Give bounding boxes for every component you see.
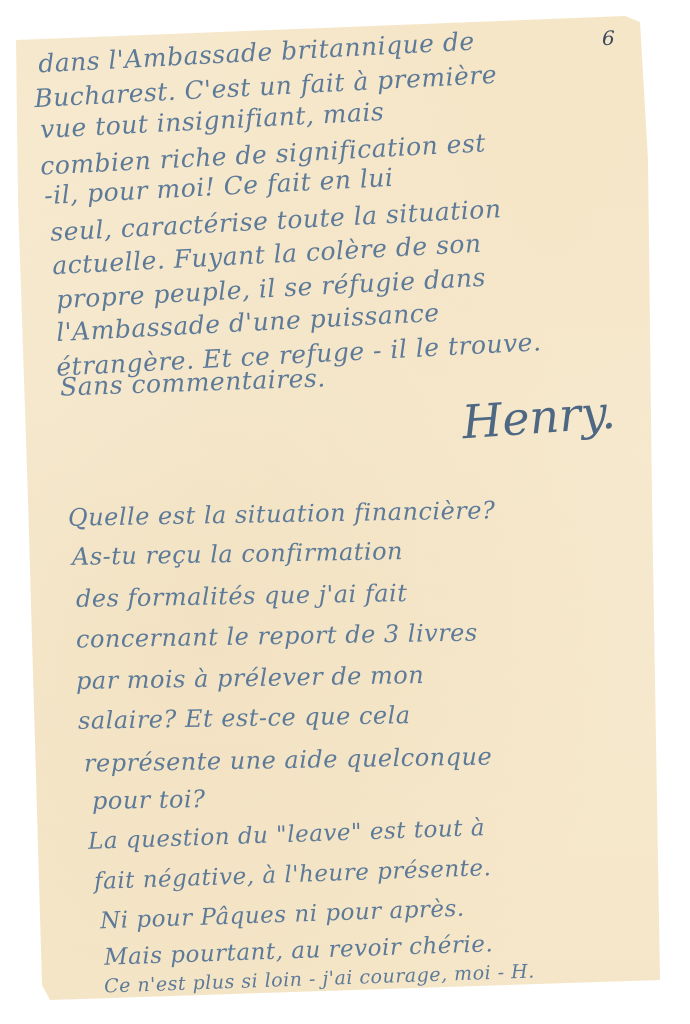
text-line: des formalités que j'ai fait <box>76 579 408 613</box>
text-line: pour toi? <box>92 785 206 815</box>
signature: Henry. <box>460 385 617 450</box>
text-line: As-tu reçu la confirmation <box>72 537 403 571</box>
page-number: 6 <box>602 26 615 50</box>
text-line: salaire? Et est-ce que cela <box>78 701 411 735</box>
